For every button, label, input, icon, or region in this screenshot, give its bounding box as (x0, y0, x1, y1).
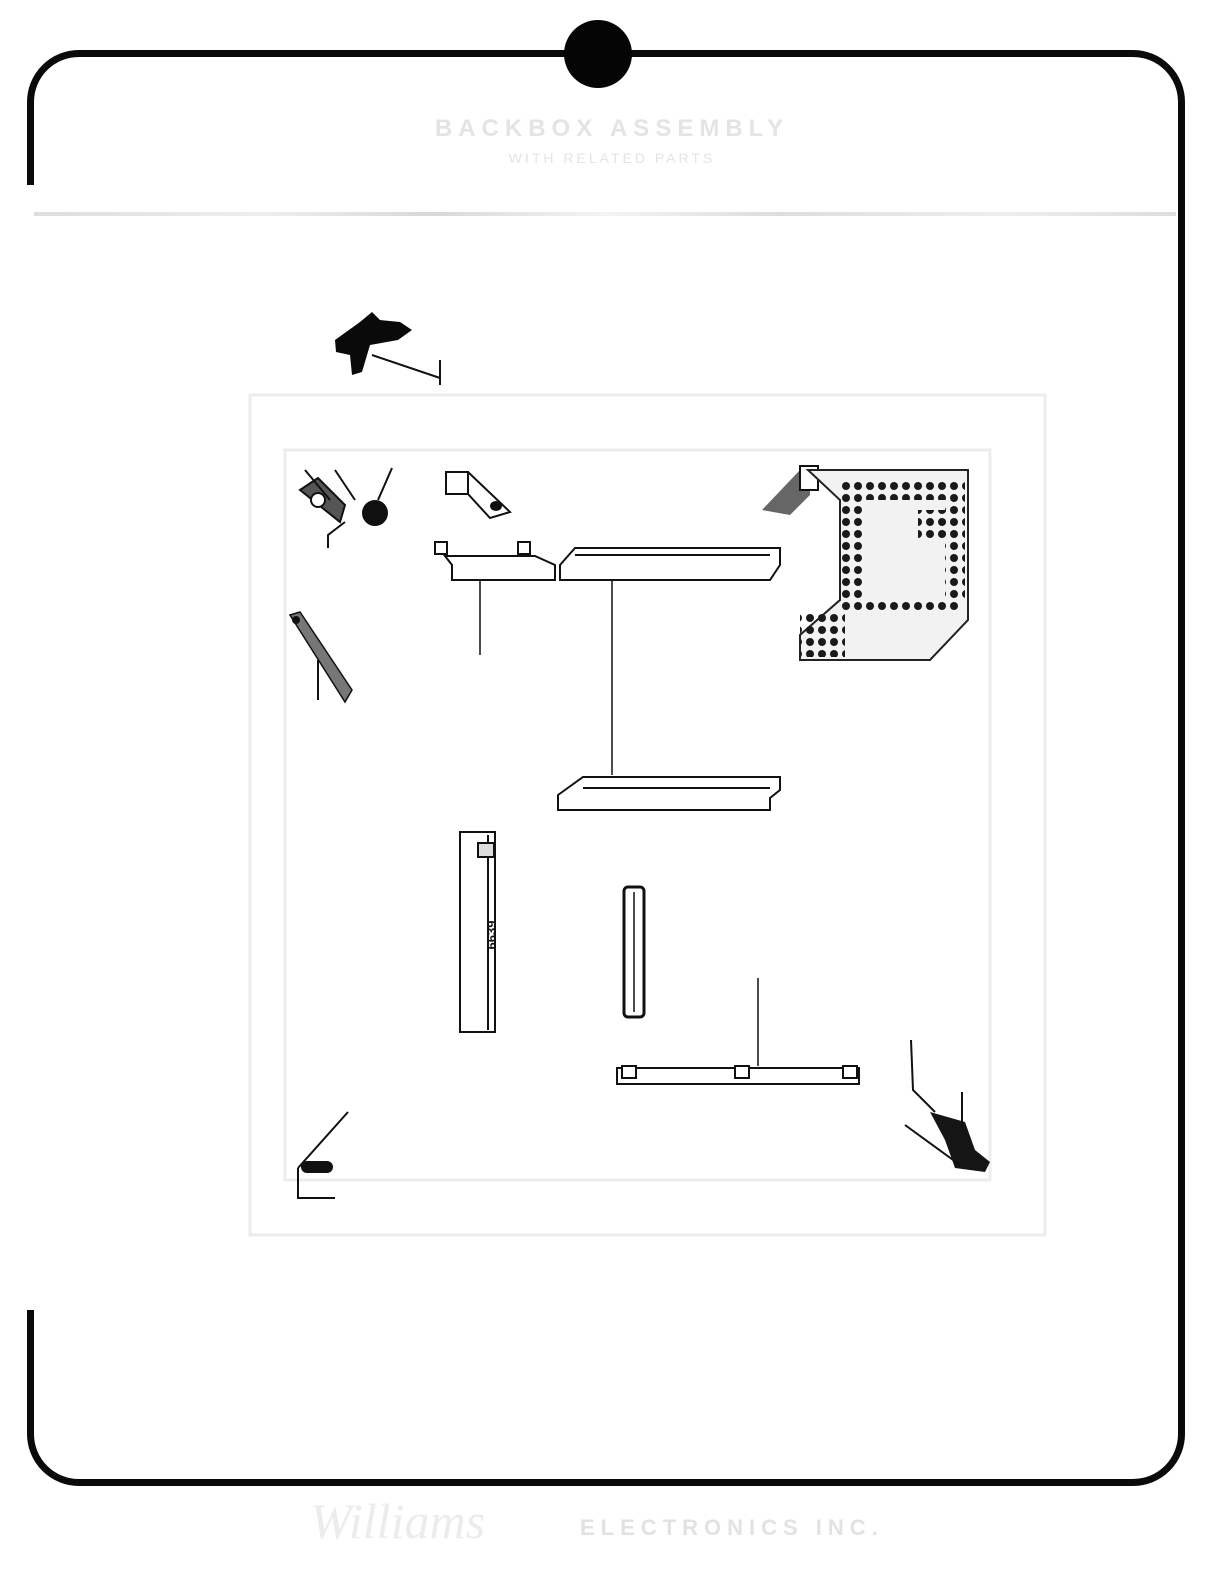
vertical-rail-icon: 6639 (460, 832, 499, 1032)
top-channel-left-icon (435, 542, 555, 580)
exploded-diagram: 6639 (0, 0, 1224, 1584)
bottom-rail-icon (617, 978, 859, 1084)
latch-assembly-icon (905, 1040, 990, 1172)
top-channel-right-icon (560, 548, 780, 580)
lamp-bracket-icon (300, 468, 392, 548)
footer-brand: Williams (310, 1492, 485, 1550)
center-channel-icon (558, 777, 780, 810)
footer-company: ELECTRONICS INC. (580, 1515, 884, 1541)
lamp-socket-strip-icon (624, 887, 644, 1017)
speaker-grille-icon (762, 466, 968, 660)
corner-bracket-icon (446, 472, 510, 518)
part-number-label: 6639 (484, 921, 499, 950)
side-bracket-icon (290, 612, 352, 702)
knob-assembly-icon (335, 312, 440, 385)
hinge-bracket-icon (298, 1112, 348, 1198)
